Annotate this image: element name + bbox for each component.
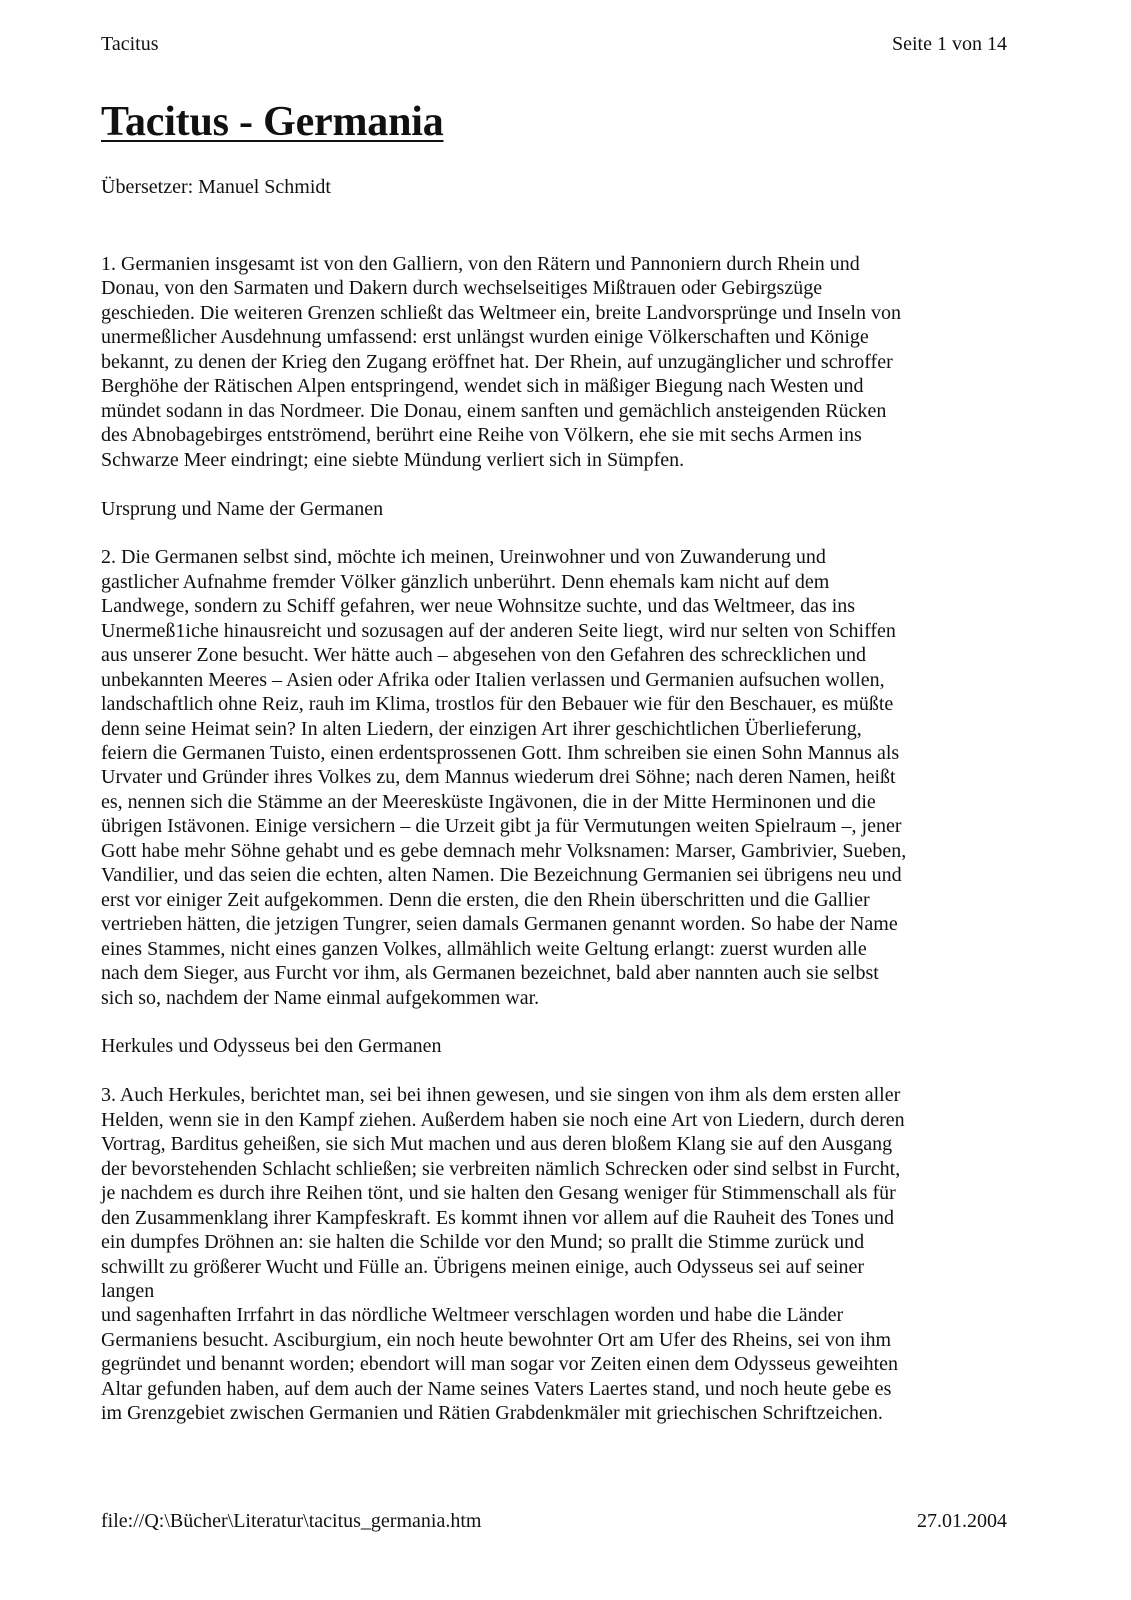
text-line: Berghöhe der Rätischen Alpen entspringen… (101, 374, 1013, 398)
text-line: landschaftlich ohne Reiz, rauh im Klima,… (101, 692, 1013, 716)
paragraph-3: 3. Auch Herkules, berichtet man, sei bei… (101, 1083, 1013, 1425)
text-line: Altar gefunden haben, auf dem auch der N… (101, 1377, 1013, 1401)
text-line: Helden, wenn sie in den Kampf ziehen. Au… (101, 1108, 1013, 1132)
text-line: gegründet und benannt worden; ebendort w… (101, 1352, 1013, 1376)
footer-file-path: file://Q:\Bücher\Literatur\tacitus_germa… (101, 1508, 481, 1534)
text-line: übrigen Istävonen. Einige versichern – d… (101, 814, 1013, 838)
text-line: je nachdem es durch ihre Reihen tönt, un… (101, 1181, 1013, 1205)
section-heading-ursprung: Ursprung und Name der Germanen (101, 497, 1013, 521)
text-line: 1. Germanien insgesamt ist von den Galli… (101, 252, 1013, 276)
text-line: Schwarze Meer eindringt; eine siebte Mün… (101, 448, 1013, 472)
text-line: Urvater und Gründer ihres Volkes zu, dem… (101, 765, 1013, 789)
document-title: Tacitus - Germania (101, 96, 444, 148)
footer-date: 27.01.2004 (917, 1508, 1007, 1534)
text-line: Vandilier, und das seien die echten, alt… (101, 863, 1013, 887)
document-body: 1. Germanien insgesamt ist von den Galli… (101, 252, 1013, 1426)
text-line: Unermeß1iche hinausreicht und sozusagen … (101, 619, 1013, 643)
text-line: erst vor einiger Zeit aufgekommen. Denn … (101, 888, 1013, 912)
text-line: aus unserer Zone besucht. Wer hätte auch… (101, 643, 1013, 667)
paragraph-1: 1. Germanien insgesamt ist von den Galli… (101, 252, 1013, 472)
spacer (101, 1010, 1013, 1034)
page-footer: file://Q:\Bücher\Literatur\tacitus_germa… (101, 1508, 1007, 1534)
header-page-number: Seite 1 von 14 (892, 31, 1007, 57)
text-line: Gott habe mehr Söhne gehabt und es gebe … (101, 839, 1013, 863)
text-line: den Zusammenklang ihrer Kampfeskraft. Es… (101, 1206, 1013, 1230)
text-line: im Grenzgebiet zwischen Germanien und Rä… (101, 1401, 1013, 1425)
text-line: nach dem Sieger, aus Furcht vor ihm, als… (101, 961, 1013, 985)
text-line: eines Stammes, nicht eines ganzen Volkes… (101, 937, 1013, 961)
text-line: der bevorstehenden Schlacht schließen; s… (101, 1157, 1013, 1181)
text-line: gastlicher Aufnahme fremder Völker gänzl… (101, 570, 1013, 594)
section-heading-herkules: Herkules und Odysseus bei den Germanen (101, 1034, 1013, 1058)
translator-line: Übersetzer: Manuel Schmidt (101, 174, 331, 200)
text-line: denn seine Heimat sein? In alten Liedern… (101, 717, 1013, 741)
header-document-name: Tacitus (101, 31, 158, 57)
text-line: und sagenhaften Irrfahrt in das nördlich… (101, 1303, 1013, 1327)
text-line: Germaniens besucht. Asciburgium, ein noc… (101, 1328, 1013, 1352)
text-line: feiern die Germanen Tuisto, einen erdent… (101, 741, 1013, 765)
text-line: unbekannten Meeres – Asien oder Afrika o… (101, 668, 1013, 692)
text-line: bekannt, zu denen der Krieg den Zugang e… (101, 350, 1013, 374)
text-line: es, nennen sich die Stämme an der Meeres… (101, 790, 1013, 814)
text-line: unermeßlicher Ausdehnung umfassend: erst… (101, 325, 1013, 349)
text-line: 3. Auch Herkules, berichtet man, sei bei… (101, 1083, 1013, 1107)
text-line: Donau, von den Sarmaten und Dakern durch… (101, 276, 1013, 300)
text-line: des Abnobagebirges entströmend, berührt … (101, 423, 1013, 447)
paragraph-2: 2. Die Germanen selbst sind, möchte ich … (101, 545, 1013, 1010)
text-line: schwillt zu größerer Wucht und Fülle an.… (101, 1255, 1013, 1279)
text-line: sich so, nachdem der Name einmal aufgeko… (101, 986, 1013, 1010)
page-header: Tacitus Seite 1 von 14 (101, 31, 1007, 57)
text-line: langen (101, 1279, 1013, 1303)
text-line: Landwege, sondern zu Schiff gefahren, we… (101, 594, 1013, 618)
text-line: Vortrag, Barditus geheißen, sie sich Mut… (101, 1132, 1013, 1156)
spacer (101, 472, 1013, 496)
text-line: vertrieben hätten, die jetzigen Tungrer,… (101, 912, 1013, 936)
spacer (101, 1059, 1013, 1083)
text-line: 2. Die Germanen selbst sind, möchte ich … (101, 545, 1013, 569)
spacer (101, 521, 1013, 545)
text-line: ein dumpfes Dröhnen an: sie halten die S… (101, 1230, 1013, 1254)
text-line: mündet sodann in das Nordmeer. Die Donau… (101, 399, 1013, 423)
text-line: geschieden. Die weiteren Grenzen schließ… (101, 301, 1013, 325)
